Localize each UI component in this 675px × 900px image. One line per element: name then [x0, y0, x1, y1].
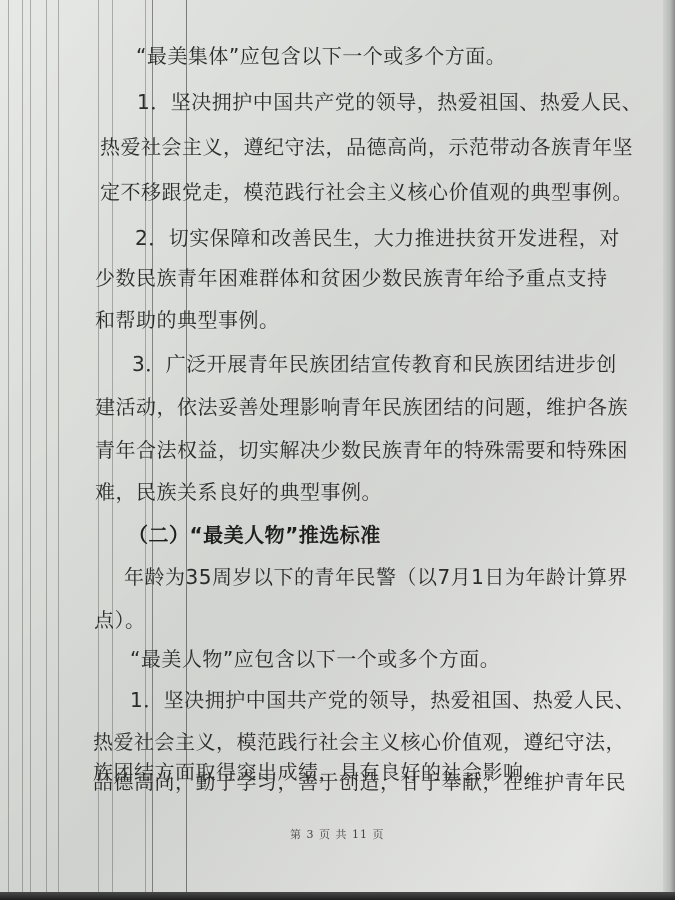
collective-item-3-line-2: 建活动，依法妥善处理影响青年民族团结的问题，维护各族 [95, 391, 628, 420]
collective-item-1-line-1: 1．坚决拥护中国共产党的领导，热爱祖国、热爱人民、 [137, 86, 642, 115]
collective-item-2-line-1: 2．切实保障和改善民生，大力推进扶贫开发进程，对 [135, 222, 620, 251]
section-heading-person-criteria: （二）“最美人物”推选标准 [128, 519, 381, 548]
collective-item-3-line-4: 难，民族关系良好的典型事例。 [95, 476, 382, 505]
collective-item-3-line-3: 青年合法权益，切实解决少数民族青年的特殊需要和特殊困 [95, 434, 628, 463]
document-body: “最美集体”应包含以下一个或多个方面。 1．坚决拥护中国共产党的领导，热爱祖国、… [0, 0, 675, 893]
age-requirement-line-1: 年龄为35周岁以下的青年民警（以7月1日为年龄计算界 [124, 561, 628, 590]
person-item-1-line-4: 族团结方面取得突出成绩，具有良好的社会影响。 [93, 756, 544, 785]
collective-item-2-line-3: 和帮助的典型事例。 [95, 304, 280, 333]
collective-item-1-line-2: 热爱社会主义，遵纪守法，品德高尚，示范带动各族青年坚 [100, 131, 633, 160]
age-requirement-line-2: 点）。 [94, 604, 146, 633]
collective-item-2-line-2: 少数民族青年困难群体和贫困少数民族青年给予重点支持 [95, 262, 608, 291]
paragraph-intro-collective: “最美集体”应包含以下一个或多个方面。 [136, 40, 506, 69]
document-page: “最美集体”应包含以下一个或多个方面。 1．坚决拥护中国共产党的领导，热爱祖国、… [0, 0, 675, 893]
collective-item-1-line-3: 定不移跟党走，模范践行社会主义核心价值观的典型事例。 [100, 176, 633, 205]
person-item-1-line-2: 热爱社会主义，模范践行社会主义核心价值观，遵纪守法， [93, 726, 626, 755]
background-surface [0, 892, 675, 900]
collective-item-3-line-1: 3．广泛开展青年民族团结宣传教育和民族团结进步创 [132, 348, 617, 377]
person-item-1-line-1: 1．坚决拥护中国共产党的领导，热爱祖国、热爱人民、 [130, 684, 635, 713]
page-number-footer: 第 3 页 共 11 页 [290, 826, 384, 842]
paragraph-intro-person: “最美人物”应包含以下一个或多个方面。 [130, 643, 500, 672]
